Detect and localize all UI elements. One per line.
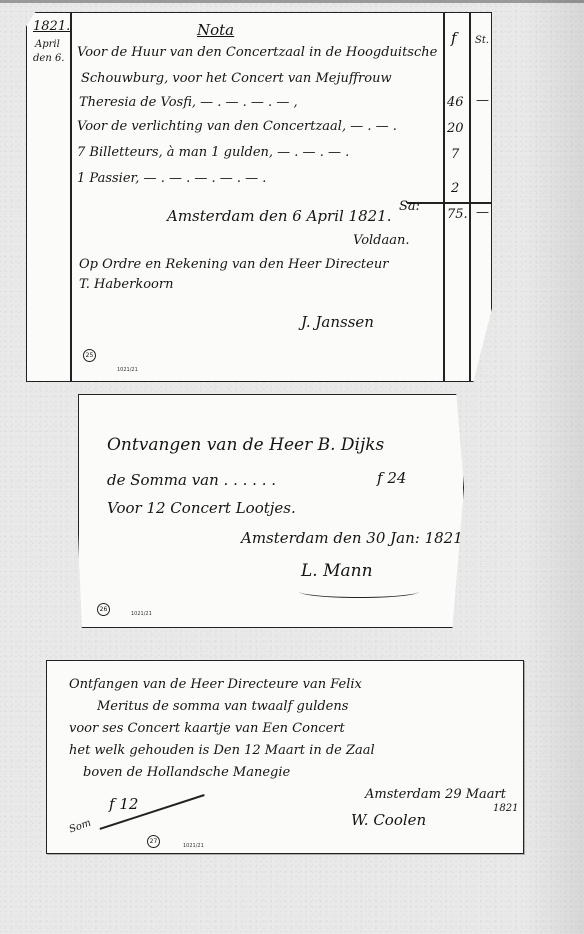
receipt-lootjes: Ontvangen van de Heer B. Dijks de Somma … [78, 394, 464, 628]
guilder-column-rule [443, 13, 445, 381]
order-director: T. Haberkoorn [79, 277, 173, 292]
margin-month: April [35, 39, 60, 50]
archive-number: 1021/21 [131, 611, 152, 617]
received-line: Ontfangen van de Heer Directeure van Fel… [69, 677, 362, 692]
guilder-header: f [451, 29, 457, 47]
signature: W. Coolen [351, 811, 426, 829]
line-item-text: Voor de verlichting van den Concertzaal,… [77, 119, 397, 134]
total-amount: 75. [447, 207, 468, 222]
received-line: Ontvangen van de Heer B. Dijks [107, 435, 384, 455]
place-date: Amsterdam 29 Maart [365, 787, 506, 802]
line-item-text: Voor de Huur van den Concertzaal in de H… [77, 45, 437, 60]
margin-rule [70, 13, 72, 381]
line-item-text: Schouwburg, voor het Concert van Mejuffr… [81, 71, 392, 86]
purpose-line: voor ses Concert kaartje van Een Concert [69, 721, 345, 736]
margin-year: 1821. [33, 19, 70, 34]
archive-number: 1021/21 [183, 843, 204, 849]
line-item-amount: 46 [447, 95, 464, 110]
concert-date-line: het welk gehouden is Den 12 Maart in de … [69, 743, 375, 758]
stamp-number: 25 [83, 349, 96, 362]
sum-amount: f 24 [377, 469, 406, 487]
line-item-text: 1 Passier, — . — . — . — . — . [77, 171, 266, 186]
signature: L. Mann [301, 561, 373, 581]
line-item-amount: 2 [451, 181, 459, 196]
margin-day: den 6. [33, 53, 64, 64]
place-date-year: 1821 [493, 803, 518, 814]
line-item-amount: 7 [451, 147, 459, 162]
receipt-felix-meritis: Ontfangen van de Heer Directeure van Fel… [46, 660, 524, 854]
total-label: Sa: [399, 199, 420, 214]
place-date: Amsterdam den 30 Jan: 1821 [241, 529, 463, 547]
society-line: Meritus de somma van twaalf guldens [97, 699, 348, 714]
line-item-text: 7 Billetteurs, à man 1 gulden, — . — . —… [77, 145, 349, 160]
order-line: Op Ordre en Rekening van den Heer Direct… [79, 257, 388, 272]
stamp-number: 26 [97, 603, 110, 616]
stamp-number: 27 [147, 835, 160, 848]
receipt-nota: 1821. April den 6. Nota f St. Voor de Hu… [26, 12, 492, 382]
signature: J. Janssen [301, 313, 374, 331]
cents-column-rule [469, 13, 471, 381]
line-item-cents: — [476, 93, 489, 108]
line-item-amount: 20 [447, 121, 464, 136]
document-title: Nota [197, 21, 234, 39]
scan-shadow [524, 0, 584, 934]
paid-mark: Voldaan. [353, 233, 410, 248]
archive-number: 1021/21 [117, 367, 138, 373]
place-date: Amsterdam den 6 April 1821. [167, 207, 392, 225]
line-item-text: Theresia de Vosfi, — . — . — . — , [79, 95, 298, 110]
scan-top-edge [0, 0, 584, 3]
cents-header: St. [475, 35, 489, 46]
signature-flourish [299, 585, 419, 598]
sum-label: Som [68, 818, 93, 836]
sum-line: de Somma van . . . . . . [107, 471, 276, 489]
total-cents: — [476, 205, 489, 220]
purpose-line: Voor 12 Concert Lootjes. [107, 499, 296, 517]
sum-amount: f 12 [109, 795, 138, 813]
venue-line: boven de Hollandsche Manegie [83, 765, 290, 780]
